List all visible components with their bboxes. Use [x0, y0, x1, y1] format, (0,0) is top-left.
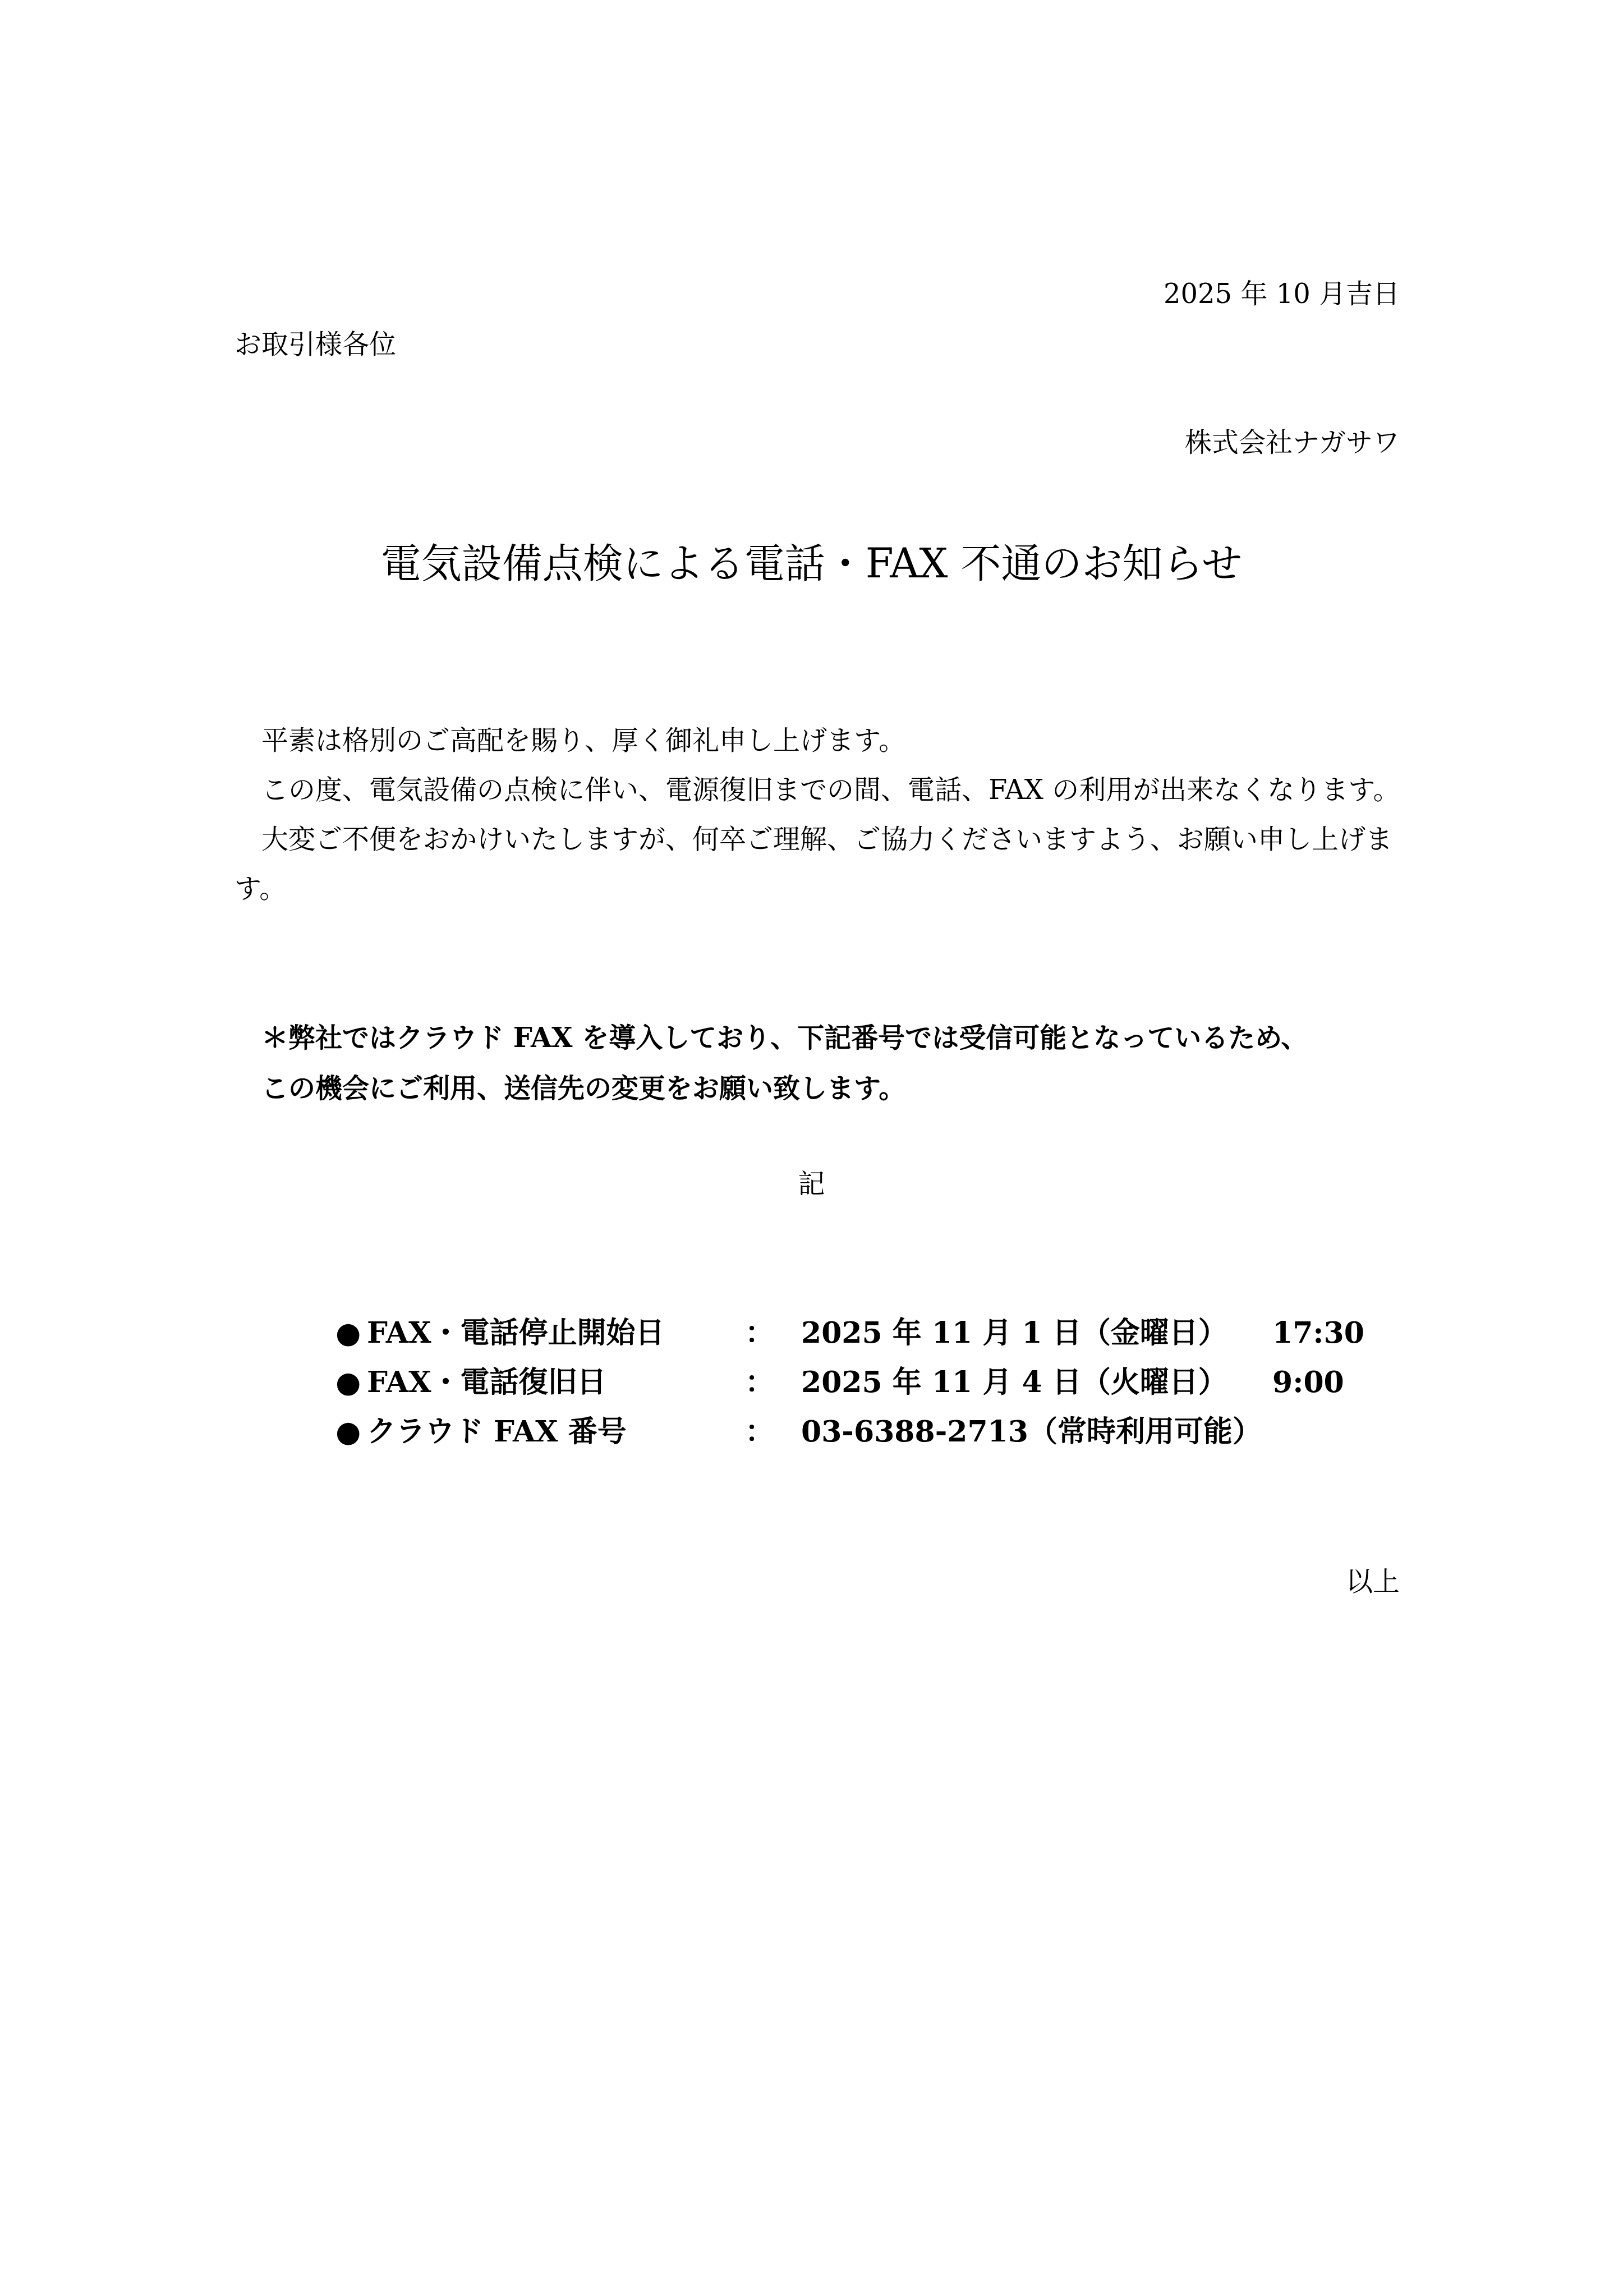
cloud-fax-note: ＊弊社ではクラウド FAX を導入しており、下記番号では受信可能となっているため… — [261, 1013, 1308, 1114]
detail-value: 2025 年 11 月 4 日（火曜日） — [801, 1368, 1227, 1397]
ki-heading: 記 — [0, 1170, 1623, 1197]
note-line-1: ＊弊社ではクラウド FAX を導入しており、下記番号では受信可能となっているため… — [261, 1013, 1308, 1063]
paragraph-apology: 大変ご不便をおかけいたしますが、何卒ご理解、ご協力くださいますよう、お願い申し上… — [235, 815, 1401, 913]
detail-time: 17:30 — [1272, 1319, 1364, 1348]
bullet-icon: ● — [335, 1417, 361, 1447]
detail-colon: ： — [745, 1368, 774, 1397]
detail-label: FAX・電話停止開始日 — [367, 1319, 665, 1348]
recipient: お取引様各位 — [235, 331, 396, 358]
detail-time: 9:00 — [1272, 1368, 1344, 1397]
sender-company: 株式会社ナガサワ — [1185, 429, 1400, 456]
closing-ijo: 以上 — [1346, 1568, 1400, 1595]
document-title: 電気設備点検による電話・FAX 不通のお知らせ — [0, 543, 1623, 584]
bullet-icon: ● — [335, 1319, 361, 1348]
paragraph-greeting: 平素は格別のご高配を賜り、厚く御礼申し上げます。 — [235, 716, 1401, 765]
document-date: 2025 年 10 月吉日 — [1164, 281, 1400, 307]
detail-label: クラウド FAX 番号 — [367, 1417, 627, 1447]
bullet-icon: ● — [335, 1368, 361, 1397]
paragraph-notice: この度、電気設備の点検に伴い、電源復旧までの間、電話、FAX の利用が出来なくな… — [235, 765, 1401, 815]
note-line-2: この機会にご利用、送信先の変更をお願い致します。 — [261, 1063, 1308, 1114]
detail-colon: ： — [745, 1319, 774, 1348]
body-text: 平素は格別のご高配を賜り、厚く御礼申し上げます。 この度、電気設備の点検に伴い、… — [235, 716, 1401, 913]
detail-value: 03-6388-2713（常時利用可能） — [801, 1417, 1262, 1447]
detail-label: FAX・電話復旧日 — [367, 1368, 606, 1397]
detail-colon: ： — [745, 1417, 774, 1447]
detail-value: 2025 年 11 月 1 日（金曜日） — [801, 1319, 1227, 1348]
